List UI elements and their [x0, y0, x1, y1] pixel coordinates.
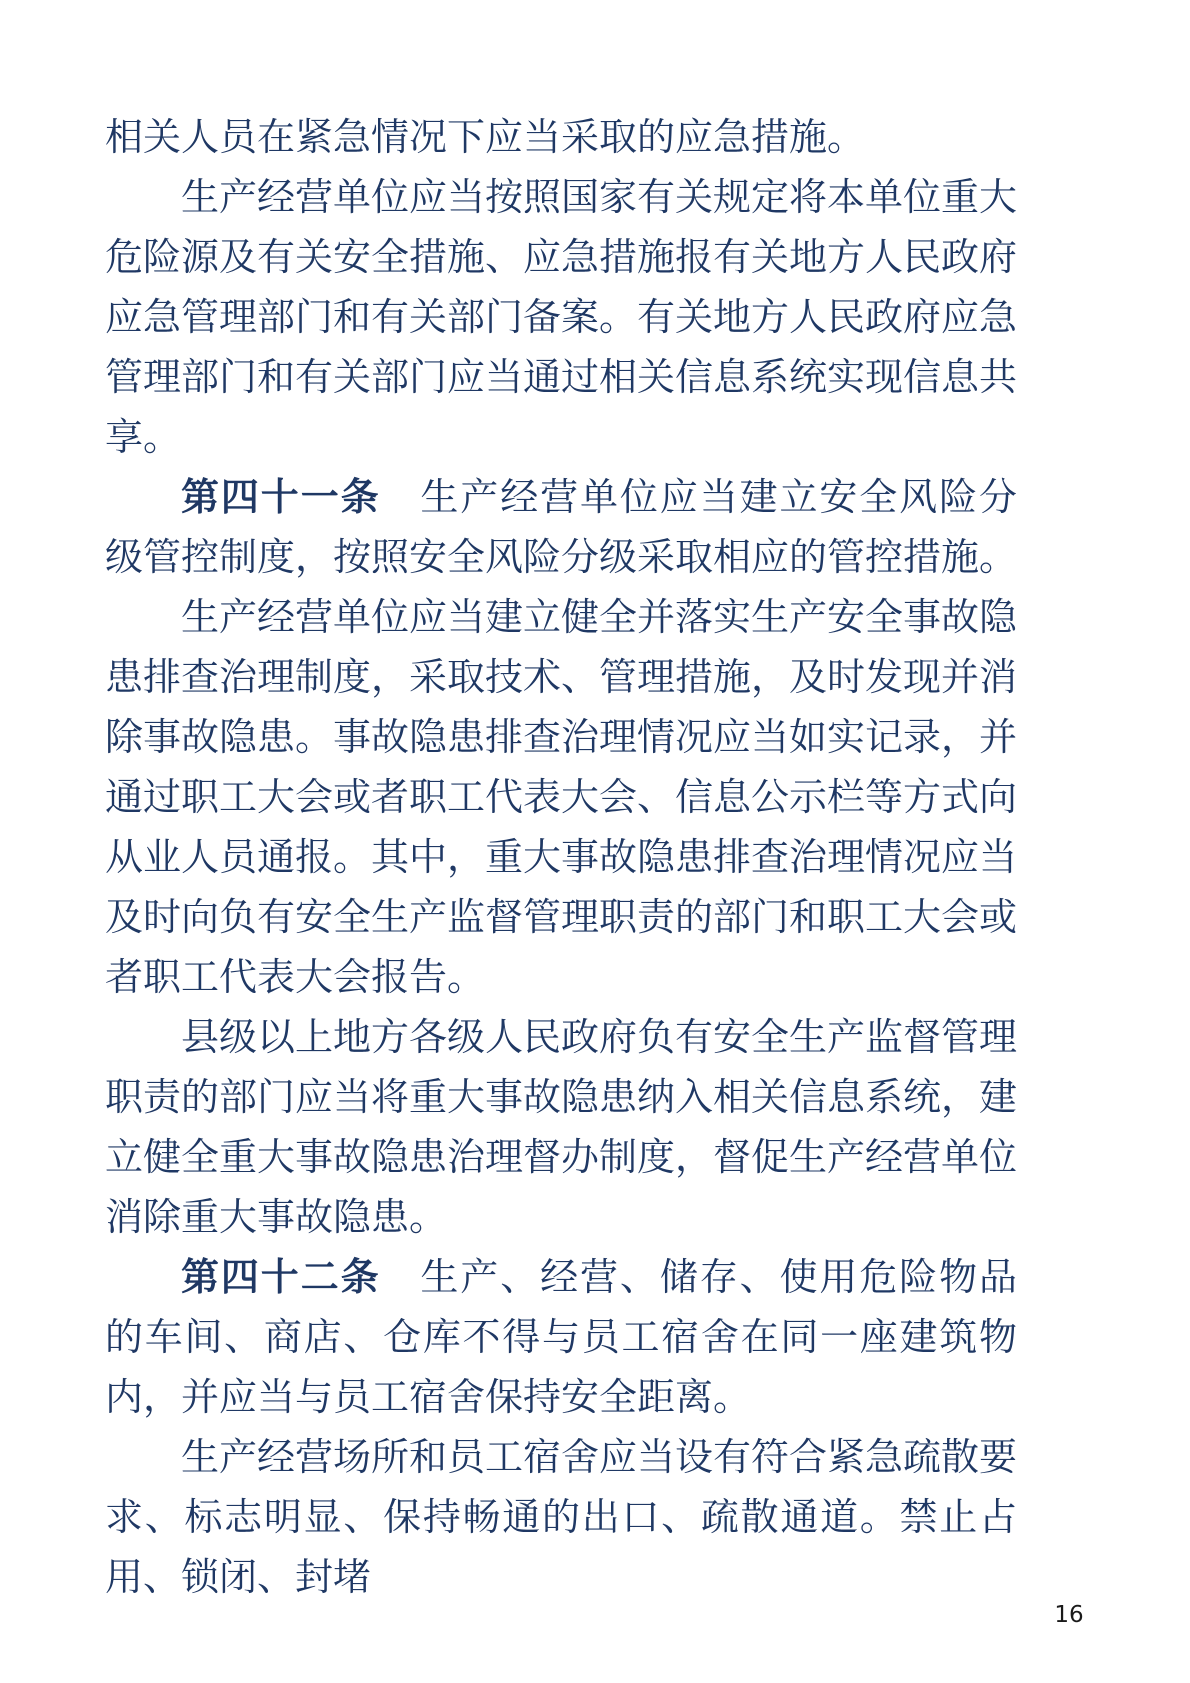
article-number: 第四十二条	[181, 1255, 381, 1299]
article-paragraph: 第四十一条生产经营单位应当建立安全风险分级管控制度，按照安全风险分级采取相应的管…	[105, 467, 1017, 587]
page-number: 16	[1054, 1602, 1083, 1628]
document-body-text: 相关人员在紧急情况下应当采取的应急措施。生产经营单位应当按照国家有关规定将本单位…	[105, 107, 1017, 1607]
paragraph-text: 生产经营单位应当按照国家有关规定将本单位重大危险源及有关安全措施、应急措施报有关…	[105, 175, 1017, 459]
paragraph-text: 县级以上地方各级人民政府负有安全生产监督管理职责的部门应当将重大事故隐患纳入相关…	[105, 1015, 1017, 1239]
article-paragraph: 第四十二条生产、经营、储存、使用危险物品的车间、商店、仓库不得与员工宿舍在同一座…	[105, 1247, 1017, 1427]
paragraph-text: 生产经营场所和员工宿舍应当设有符合紧急疏散要求、标志明显、保持畅通的出口、疏散通…	[105, 1435, 1017, 1599]
page-footer: 16	[1044, 1600, 1094, 1630]
article-number: 第四十一条	[181, 475, 381, 519]
body-paragraph: 生产经营单位应当建立健全并落实生产安全事故隐患排查治理制度，采取技术、管理措施，…	[105, 587, 1017, 1007]
paragraph-text: 生产经营单位应当建立健全并落实生产安全事故隐患排查治理制度，采取技术、管理措施，…	[105, 595, 1017, 999]
body-paragraph: 相关人员在紧急情况下应当采取的应急措施。	[105, 107, 1017, 167]
body-paragraph: 生产经营场所和员工宿舍应当设有符合紧急疏散要求、标志明显、保持畅通的出口、疏散通…	[105, 1427, 1017, 1607]
body-paragraph: 县级以上地方各级人民政府负有安全生产监督管理职责的部门应当将重大事故隐患纳入相关…	[105, 1007, 1017, 1247]
document-page: 相关人员在紧急情况下应当采取的应急措施。生产经营单位应当按照国家有关规定将本单位…	[0, 0, 1190, 1683]
paragraph-text: 相关人员在紧急情况下应当采取的应急措施。	[105, 115, 865, 159]
body-paragraph: 生产经营单位应当按照国家有关规定将本单位重大危险源及有关安全措施、应急措施报有关…	[105, 167, 1017, 467]
